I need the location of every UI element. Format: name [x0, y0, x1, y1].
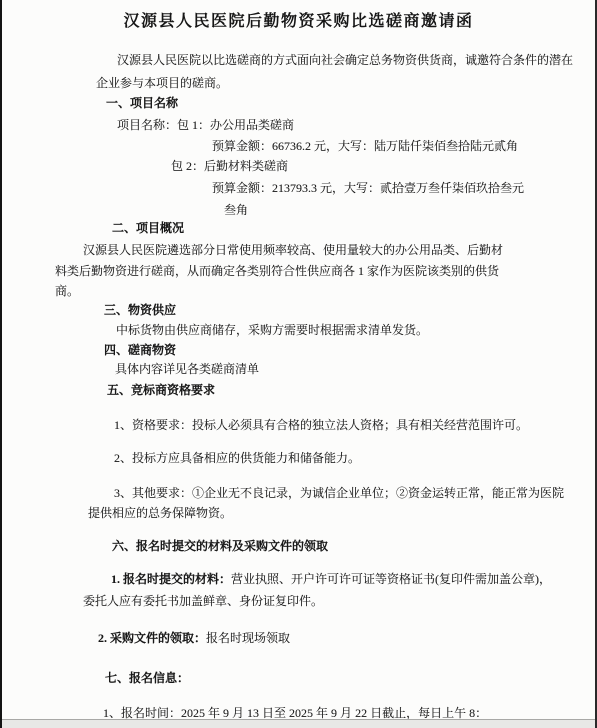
- text-segment: 料类后勤物资进行磋商，从而确定各类别符合性供应商各 1 家作为医院该类别的供货: [55, 264, 499, 278]
- text-segment: 1、资格要求：投标人必须具有合格的独立法人资格；具有相关经营范围许可。: [114, 418, 528, 432]
- text-segment: 3、其他要求：①企业无不良记录，为诚信企业单位；②资金运转正常，能正常为医院: [114, 486, 564, 500]
- budget-package-2-cont: 叁角: [224, 202, 248, 218]
- section-3-heading: 三、物资供应: [104, 302, 176, 318]
- scan-left-edge-line: [0, 0, 2, 728]
- negotiation-goods-line: 具体内容详见各类磋商清单: [115, 361, 259, 377]
- text-segment: 七、报名信息：: [105, 671, 189, 685]
- text-segment: 预算金额：66736.2 元，大写：陆万陆仟柒佰叁拾陆元贰角: [212, 139, 518, 153]
- section-4-heading: 四、磋商物资: [104, 342, 176, 358]
- text-segment: 报名时现场领取: [206, 631, 290, 645]
- text-segment: 五、竞标商资格要求: [107, 383, 215, 397]
- text-segment: 具体内容详见各类磋商清单: [115, 362, 259, 376]
- text-segment: 三、物资供应: [104, 303, 176, 317]
- qualification-item-3: 3、其他要求：①企业无不良记录，为诚信企业单位；②资金运转正常，能正常为医院: [114, 485, 564, 501]
- text-segment: 包 2：后勤材料类磋商: [171, 159, 288, 173]
- text-segment: 2. 采购文件的领取：: [98, 631, 206, 645]
- project-name-package-1: 项目名称：包 1：办公用品类磋商: [117, 117, 294, 133]
- text-segment: 一、项目名称: [106, 96, 178, 110]
- text-segment: 叁角: [224, 203, 248, 217]
- text-segment: 月: [340, 706, 352, 720]
- overview-line-1: 汉源县人民医院遴选部分日常使用频率较高、使用量较大的办公用品类、后勤材: [83, 242, 503, 258]
- overview-line-3: 商。: [55, 283, 79, 299]
- qualification-item-2: 2、投标方应具备相应的供货能力和储备能力。: [114, 450, 360, 466]
- text-segment: 日截止，每日上午 8：: [370, 706, 487, 720]
- text-segment: 营业执照、开户许可许可证等资格证书(复印件需加盖公章)，: [231, 572, 551, 586]
- section-5-heading: 五、竞标商资格要求: [107, 382, 215, 398]
- section-2-heading: 二、项目概况: [112, 220, 184, 236]
- text-segment: 二、项目概况: [112, 221, 184, 235]
- text-segment: 商。: [55, 284, 79, 298]
- supply-line: 中标货物由供应商储存，采购方需要时根据需求清单发货。: [116, 322, 428, 338]
- overview-line-2: 料类后勤物资进行磋商，从而确定各类别符合性供应商各 1 家作为医院该类别的供货: [55, 263, 499, 279]
- section-6-heading: 六、报名时提交的材料及采购文件的领取: [112, 538, 328, 554]
- intro-line-2: 企业参与本项目的磋商。: [96, 75, 228, 91]
- text-segment: 汉源县人民医院以比选磋商的方式面向社会确定总务物资供货商，诚邀符合条件的潜在: [117, 53, 573, 67]
- qualification-item-3-cont: 提供相应的总务保障物资。: [88, 505, 232, 521]
- scanned-document-page: 汉源县人民医院后勤物资采购比选磋商邀请函 汉源县人民医院以比选磋商的方式面向社会…: [0, 0, 597, 728]
- text-segment: 四、磋商物资: [104, 343, 176, 357]
- text-segment: 委托人应有委托书加盖鲜章、身份证复印件。: [83, 594, 323, 608]
- project-name-package-2: 包 2：后勤材料类磋商: [171, 158, 288, 174]
- text-segment: 汉源县人民医院遴选部分日常使用频率较高、使用量较大的办公用品类、后勤材: [83, 243, 503, 257]
- text-segment: 项目名称：包 1：办公用品类磋商: [117, 118, 294, 132]
- text-segment: 月: [232, 706, 244, 720]
- qualification-item-1: 1、资格要求：投标人必须具有合格的独立法人资格；具有相关经营范围许可。: [114, 417, 528, 433]
- materials-item-2: 2. 采购文件的领取：报名时现场领取: [98, 630, 290, 646]
- text-segment: 预算金额：213793.3 元，大写：贰拾壹万叁仟柒佰玖拾叁元: [212, 181, 524, 195]
- intro-line-1: 汉源县人民医院以比选磋商的方式面向社会确定总务物资供货商，诚邀符合条件的潜在: [117, 52, 573, 68]
- text-segment: 1. 报名时提交的材料：: [111, 572, 231, 586]
- budget-package-2: 预算金额：213793.3 元，大写：贰拾壹万叁仟柒佰玖拾叁元: [212, 180, 524, 196]
- text-segment: 2、投标方应具备相应的供货能力和储备能力。: [114, 451, 360, 465]
- document-title: 汉源县人民医院后勤物资采购比选磋商邀请函: [0, 8, 597, 31]
- materials-item-1-cont: 委托人应有委托书加盖鲜章、身份证复印件。: [83, 593, 323, 609]
- section-1-heading: 一、项目名称: [106, 95, 178, 111]
- text-segment: 企业参与本项目的磋商。: [96, 76, 228, 90]
- scan-bottom-edge-band: [0, 719, 597, 728]
- text-segment: 六、报名时提交的材料及采购文件的领取: [112, 539, 328, 553]
- section-7-heading: 七、报名信息：: [105, 670, 189, 686]
- text-segment: 日至 2025 年: [262, 706, 328, 720]
- budget-package-1: 预算金额：66736.2 元，大写：陆万陆仟柒佰叁拾陆元贰角: [212, 138, 518, 154]
- text-segment: 1、报名时间：2025 年: [103, 706, 220, 720]
- text-segment: 中标货物由供应商储存，采购方需要时根据需求清单发货。: [116, 323, 428, 337]
- text-segment: 提供相应的总务保障物资。: [88, 506, 232, 520]
- materials-item-1: 1. 报名时提交的材料：营业执照、开户许可许可证等资格证书(复印件需加盖公章)，: [111, 571, 551, 587]
